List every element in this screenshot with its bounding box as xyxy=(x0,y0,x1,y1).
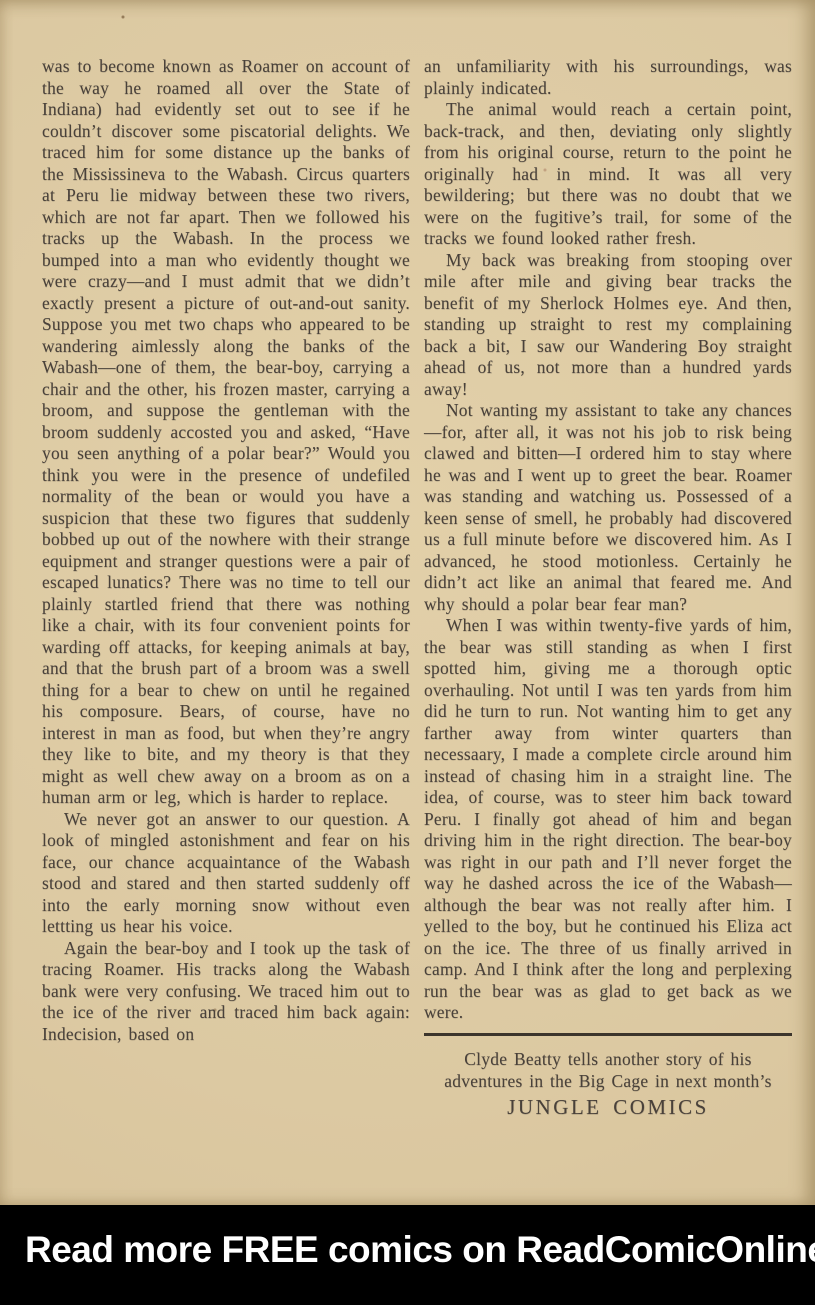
text-columns: was to become known as Roamer on account… xyxy=(42,56,792,1120)
story-paragraph: When I was within twenty-five yards of h… xyxy=(424,615,792,1024)
watermark-banner: Read more FREE comics on ReadComicOnline xyxy=(0,1205,815,1305)
story-paragraph: Not wanting my assistant to take any cha… xyxy=(424,400,792,615)
story-paragraph: The animal would reach a certain point, … xyxy=(424,99,792,250)
watermark-text: Read more FREE comics on ReadComicOnline xyxy=(0,1229,815,1271)
story-paragraph: was to become known as Roamer on account… xyxy=(42,56,410,809)
teaser-line-2: adventures in the Big Cage in next month… xyxy=(424,1070,792,1092)
left-column: was to become known as Roamer on account… xyxy=(42,56,410,1120)
next-issue-teaser: Clyde Beatty tells another story of his … xyxy=(424,1048,792,1120)
divider-rule xyxy=(424,1033,792,1036)
screenshot-root: was to become known as Roamer on account… xyxy=(0,0,815,1305)
teaser-line-1: Clyde Beatty tells another story of his xyxy=(424,1048,792,1070)
story-paragraph: Again the bear-boy and I took up the tas… xyxy=(42,938,410,1046)
story-paragraph: We never got an answer to our question. … xyxy=(42,809,410,938)
right-column: an unfamiliarity with his surroundings, … xyxy=(424,56,792,1120)
story-paragraph: My back was breaking from stooping over … xyxy=(424,250,792,401)
jungle-comics-title: JUNGLE COMICS xyxy=(424,1095,792,1120)
story-paragraph: an unfamiliarity with his surroundings, … xyxy=(424,56,792,99)
comic-page-scan: was to become known as Roamer on account… xyxy=(0,0,815,1205)
